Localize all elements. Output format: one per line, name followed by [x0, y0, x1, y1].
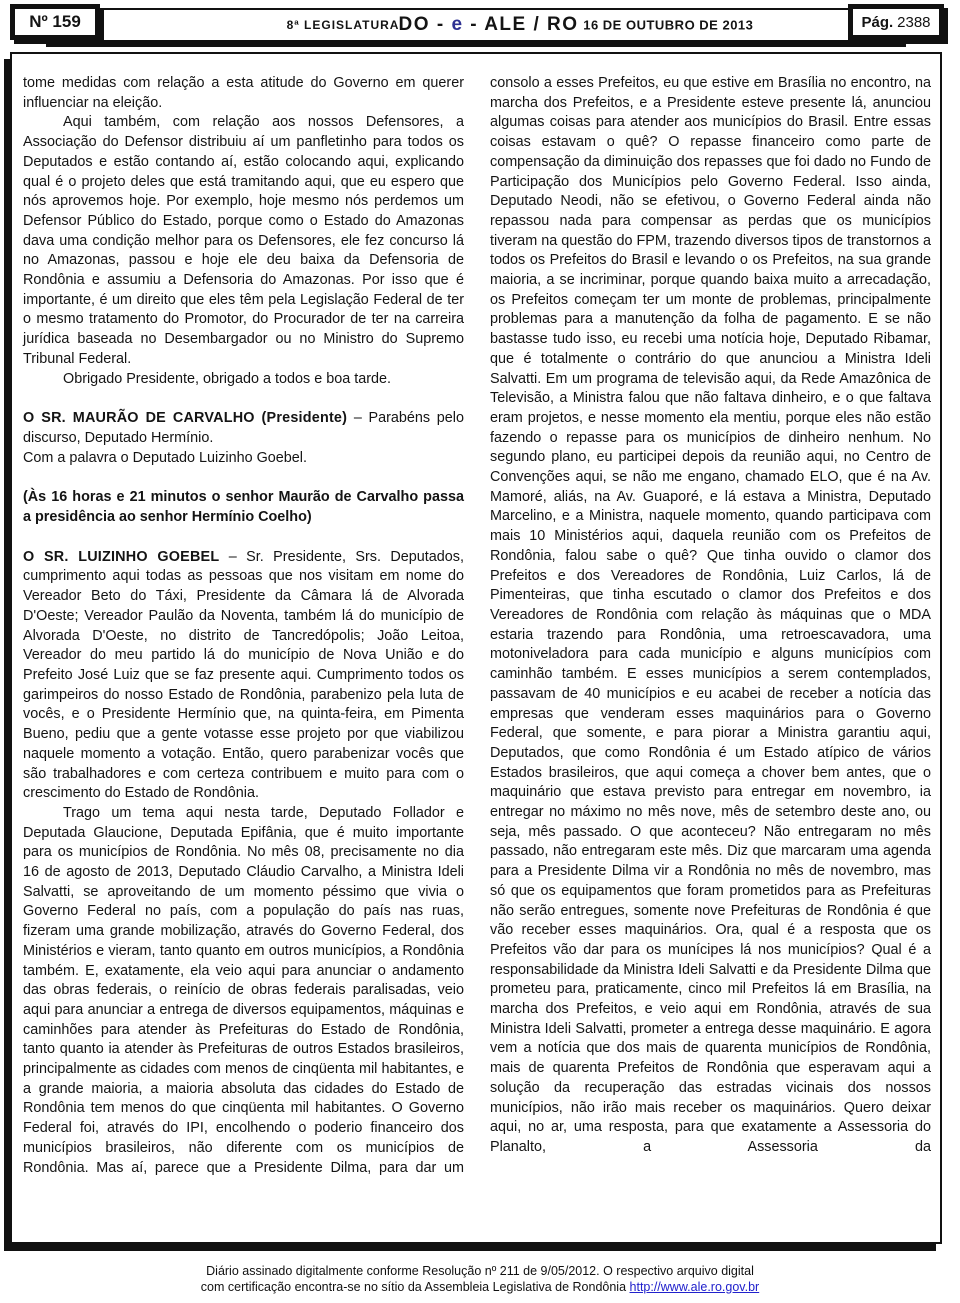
right-column: consolo a esses Prefeitos, eu que estive…	[490, 74, 931, 1178]
paragraph: Aqui também, com relação aos nossos Defe…	[23, 113, 464, 369]
legislature-label: 8ª LEGISLATURA	[287, 18, 400, 32]
left-column: tome medidas com relação a esta atitude …	[23, 74, 464, 1178]
two-column-layout: tome medidas com relação a esta atitude …	[12, 54, 940, 1178]
paragraph: Trago um tema aqui nesta tarde, Deputado…	[23, 804, 464, 1178]
journal-logo-e: e	[451, 14, 463, 35]
speech-paragraph: O SR. LUIZINHO GOEBEL – Sr. Presidente, …	[23, 548, 464, 804]
footer-line2: com certificação encontra-se no sítio da…	[0, 1279, 960, 1295]
journal-logo: DO - e - ALE / RO	[399, 14, 579, 36]
page-number: 2388	[897, 14, 930, 31]
speaker-name: O SR. MAURÃO DE CARVALHO (Presidente)	[23, 410, 347, 426]
journal-logo-pre: DO -	[399, 14, 452, 35]
content-box: tome medidas com relação a esta atitude …	[10, 52, 942, 1244]
paragraph: Obrigado Presidente, obrigado a todos e …	[23, 370, 464, 390]
page-label: Pág.	[861, 14, 893, 31]
speech-paragraph: O SR. MAURÃO DE CARVALHO (Presidente) – …	[23, 409, 464, 448]
journal-logo-post: - ALE / RO	[464, 14, 579, 35]
paragraph: tome medidas com relação a esta atitude …	[23, 74, 464, 113]
paragraph: consolo a esses Prefeitos, eu que estive…	[490, 74, 931, 1158]
paragraph: Com a palavra o Deputado Luizinho Goebel…	[23, 449, 464, 469]
edition-date: 16 DE OUTUBRO DE 2013	[583, 18, 753, 33]
issue-number: Nº 159	[29, 12, 81, 32]
footer: Diário assinado digitalmente conforme Re…	[0, 1263, 960, 1295]
speaker-name: O SR. LUIZINHO GOEBEL	[23, 549, 219, 565]
issue-number-box: Nº 159	[10, 4, 100, 40]
session-note-paragraph: (Às 16 horas e 21 minutos o senhor Maurã…	[23, 488, 464, 527]
page-number-box: Pág. 2388	[848, 4, 944, 40]
header-band: 8ª LEGISLATURA DO - e - ALE / RO 16 DE O…	[50, 8, 910, 42]
footer-line1: Diário assinado digitalmente conforme Re…	[0, 1263, 960, 1279]
ale-website-link[interactable]: http://www.ale.ro.gov.br	[630, 1280, 760, 1294]
